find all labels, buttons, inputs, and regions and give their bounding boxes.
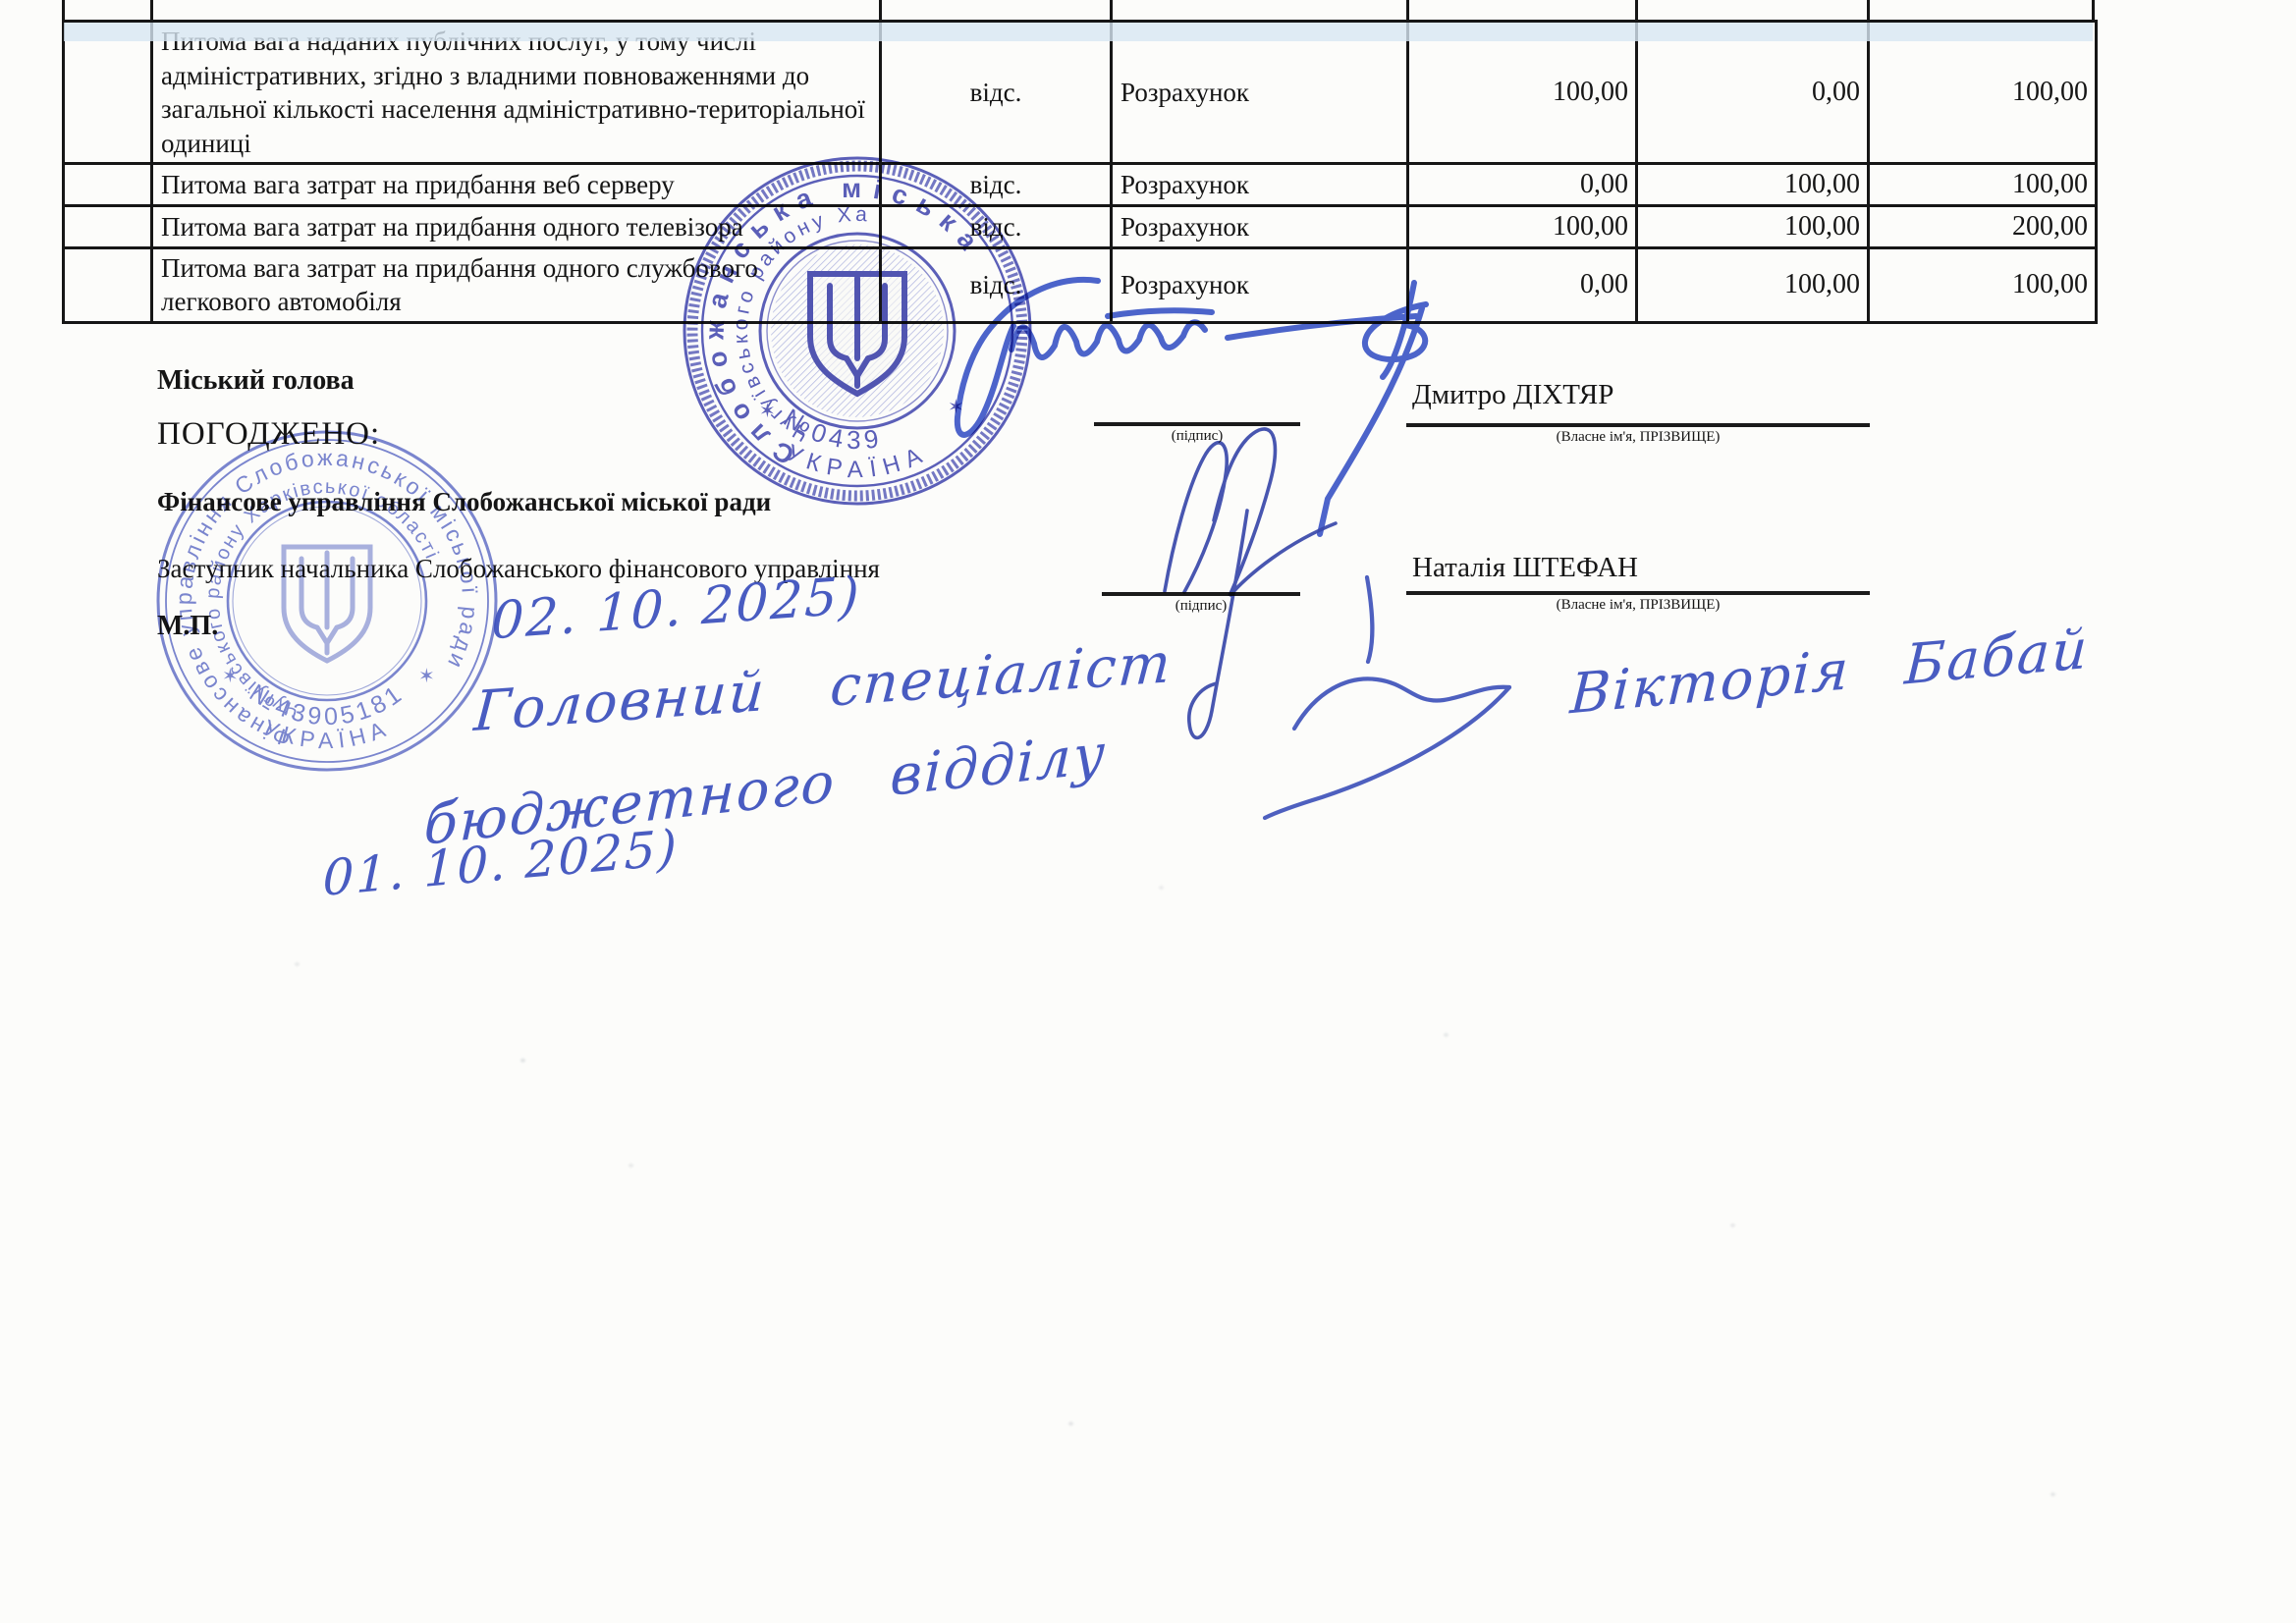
deputy-name: Наталія ШТЕФАН [1412, 552, 1638, 584]
signature-line [1094, 422, 1300, 426]
value-cell: 100,00 [1408, 206, 1637, 248]
finance-department-stamp: Фінансове управління Слобожанської міськ… [155, 429, 499, 773]
table-stub-line [879, 0, 882, 22]
table-stub-line [62, 0, 65, 22]
value-cell: 100,00 [1637, 206, 1869, 248]
stamp-star-icon: ✶ [222, 666, 239, 687]
value-cell: 100,00 [1408, 22, 1637, 164]
name-caption: (Власне ім'я, ПРІЗВИЩЕ) [1406, 429, 1870, 446]
city-council-stamp: Слобожанська міська Чугуївського району … [681, 154, 1034, 508]
name-line [1406, 591, 1870, 595]
table-stub-line [1110, 0, 1113, 22]
indicators-table: Питома вага наданих публічних послуг, у … [62, 20, 2098, 324]
value-cell: 0,00 [1408, 247, 1637, 322]
scan-speckles [0, 0, 5, 4]
table-stub-line [2092, 0, 2095, 22]
table-stub-line [1867, 0, 1870, 22]
scanned-document-page: Питома вага наданих публічних послуг, у … [0, 0, 2296, 1623]
signature-caption: (підпис) [1102, 598, 1300, 615]
stamp-star-icon: ✶ [948, 397, 964, 418]
stamp-star-icon: ✶ [418, 666, 435, 687]
mayor-title: Міський голова [157, 365, 355, 397]
value-cell: 200,00 [1869, 206, 2097, 248]
handwritten-specialist-name: Вікторія Бабай [1568, 618, 2091, 728]
value-cell: 100,00 [1869, 164, 2097, 206]
table-row: Питома вага затрат на придбання одного т… [64, 206, 2097, 248]
row-number-cell [64, 22, 152, 164]
value-cell: 100,00 [1869, 247, 2097, 322]
row-number-cell [64, 206, 152, 248]
value-cell: 0,00 [1408, 164, 1637, 206]
table-row: Питома вага наданих публічних послуг, у … [64, 22, 2097, 164]
source-cell: Розрахунок [1112, 22, 1408, 164]
indicator-label-cell: Питома вага наданих публічних послуг, у … [152, 22, 881, 164]
name-caption: (Власне ім'я, ПРІЗВИЩЕ) [1406, 597, 1870, 614]
table-stub-line [1406, 0, 1409, 22]
signature-line [1102, 592, 1300, 596]
value-cell: 100,00 [1637, 247, 1869, 322]
table-stub-line [1635, 0, 1638, 22]
value-cell: 100,00 [1637, 164, 1869, 206]
name-line [1406, 423, 1870, 427]
stamp-star-icon: ✶ [759, 401, 776, 422]
row-number-cell [64, 247, 152, 322]
signature-caption: (підпис) [1094, 428, 1300, 445]
unit-cell: відс. [881, 22, 1112, 164]
deputy-signature [1165, 429, 1336, 738]
source-cell: Розрахунок [1112, 247, 1408, 322]
table-row: Питома вага затрат на придбання одного с… [64, 247, 2097, 322]
value-cell: 0,00 [1637, 22, 1869, 164]
mayor-name: Дмитро ДІХТЯР [1412, 379, 1613, 411]
row-number-cell [64, 164, 152, 206]
table-stub-line [150, 0, 153, 22]
source-cell: Розрахунок [1112, 206, 1408, 248]
table-row: Питома вага затрат на придбання веб серв… [64, 164, 2097, 206]
source-cell: Розрахунок [1112, 164, 1408, 206]
value-cell: 100,00 [1869, 22, 2097, 164]
trident-emblem [284, 547, 370, 661]
